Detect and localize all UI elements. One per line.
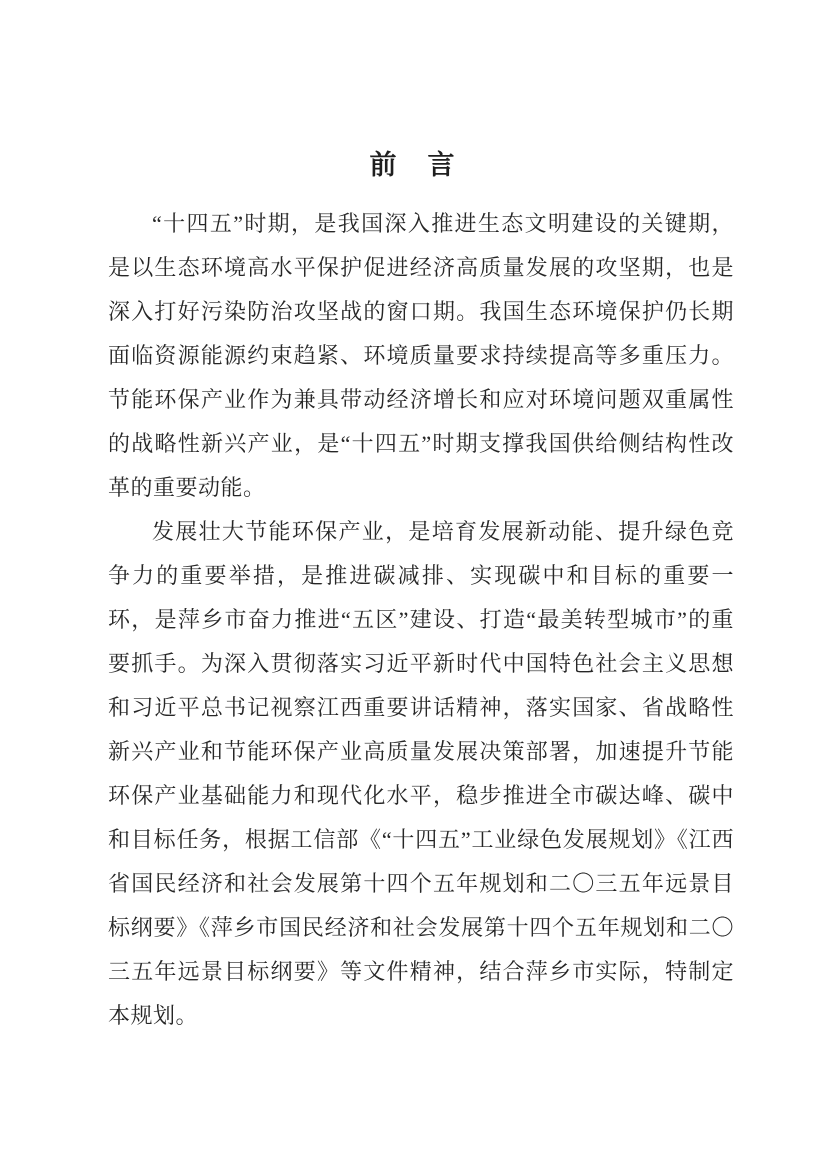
- paragraph-2: 发展壮大节能环保产业，是培育发展新动能、提升绿色竞争力的重要举措，是推进碳减排、…: [108, 510, 734, 1038]
- page-title: 前 言: [0, 0, 826, 182]
- paragraph-1: “十四五”时期，是我国深入推进生态文明建设的关键期，是以生态环境高水平保护促进经…: [108, 202, 734, 510]
- document-page: 前 言 “十四五”时期，是我国深入推进生态文明建设的关键期，是以生态环境高水平保…: [0, 0, 826, 1169]
- document-body: “十四五”时期，是我国深入推进生态文明建设的关键期，是以生态环境高水平保护促进经…: [108, 202, 734, 1038]
